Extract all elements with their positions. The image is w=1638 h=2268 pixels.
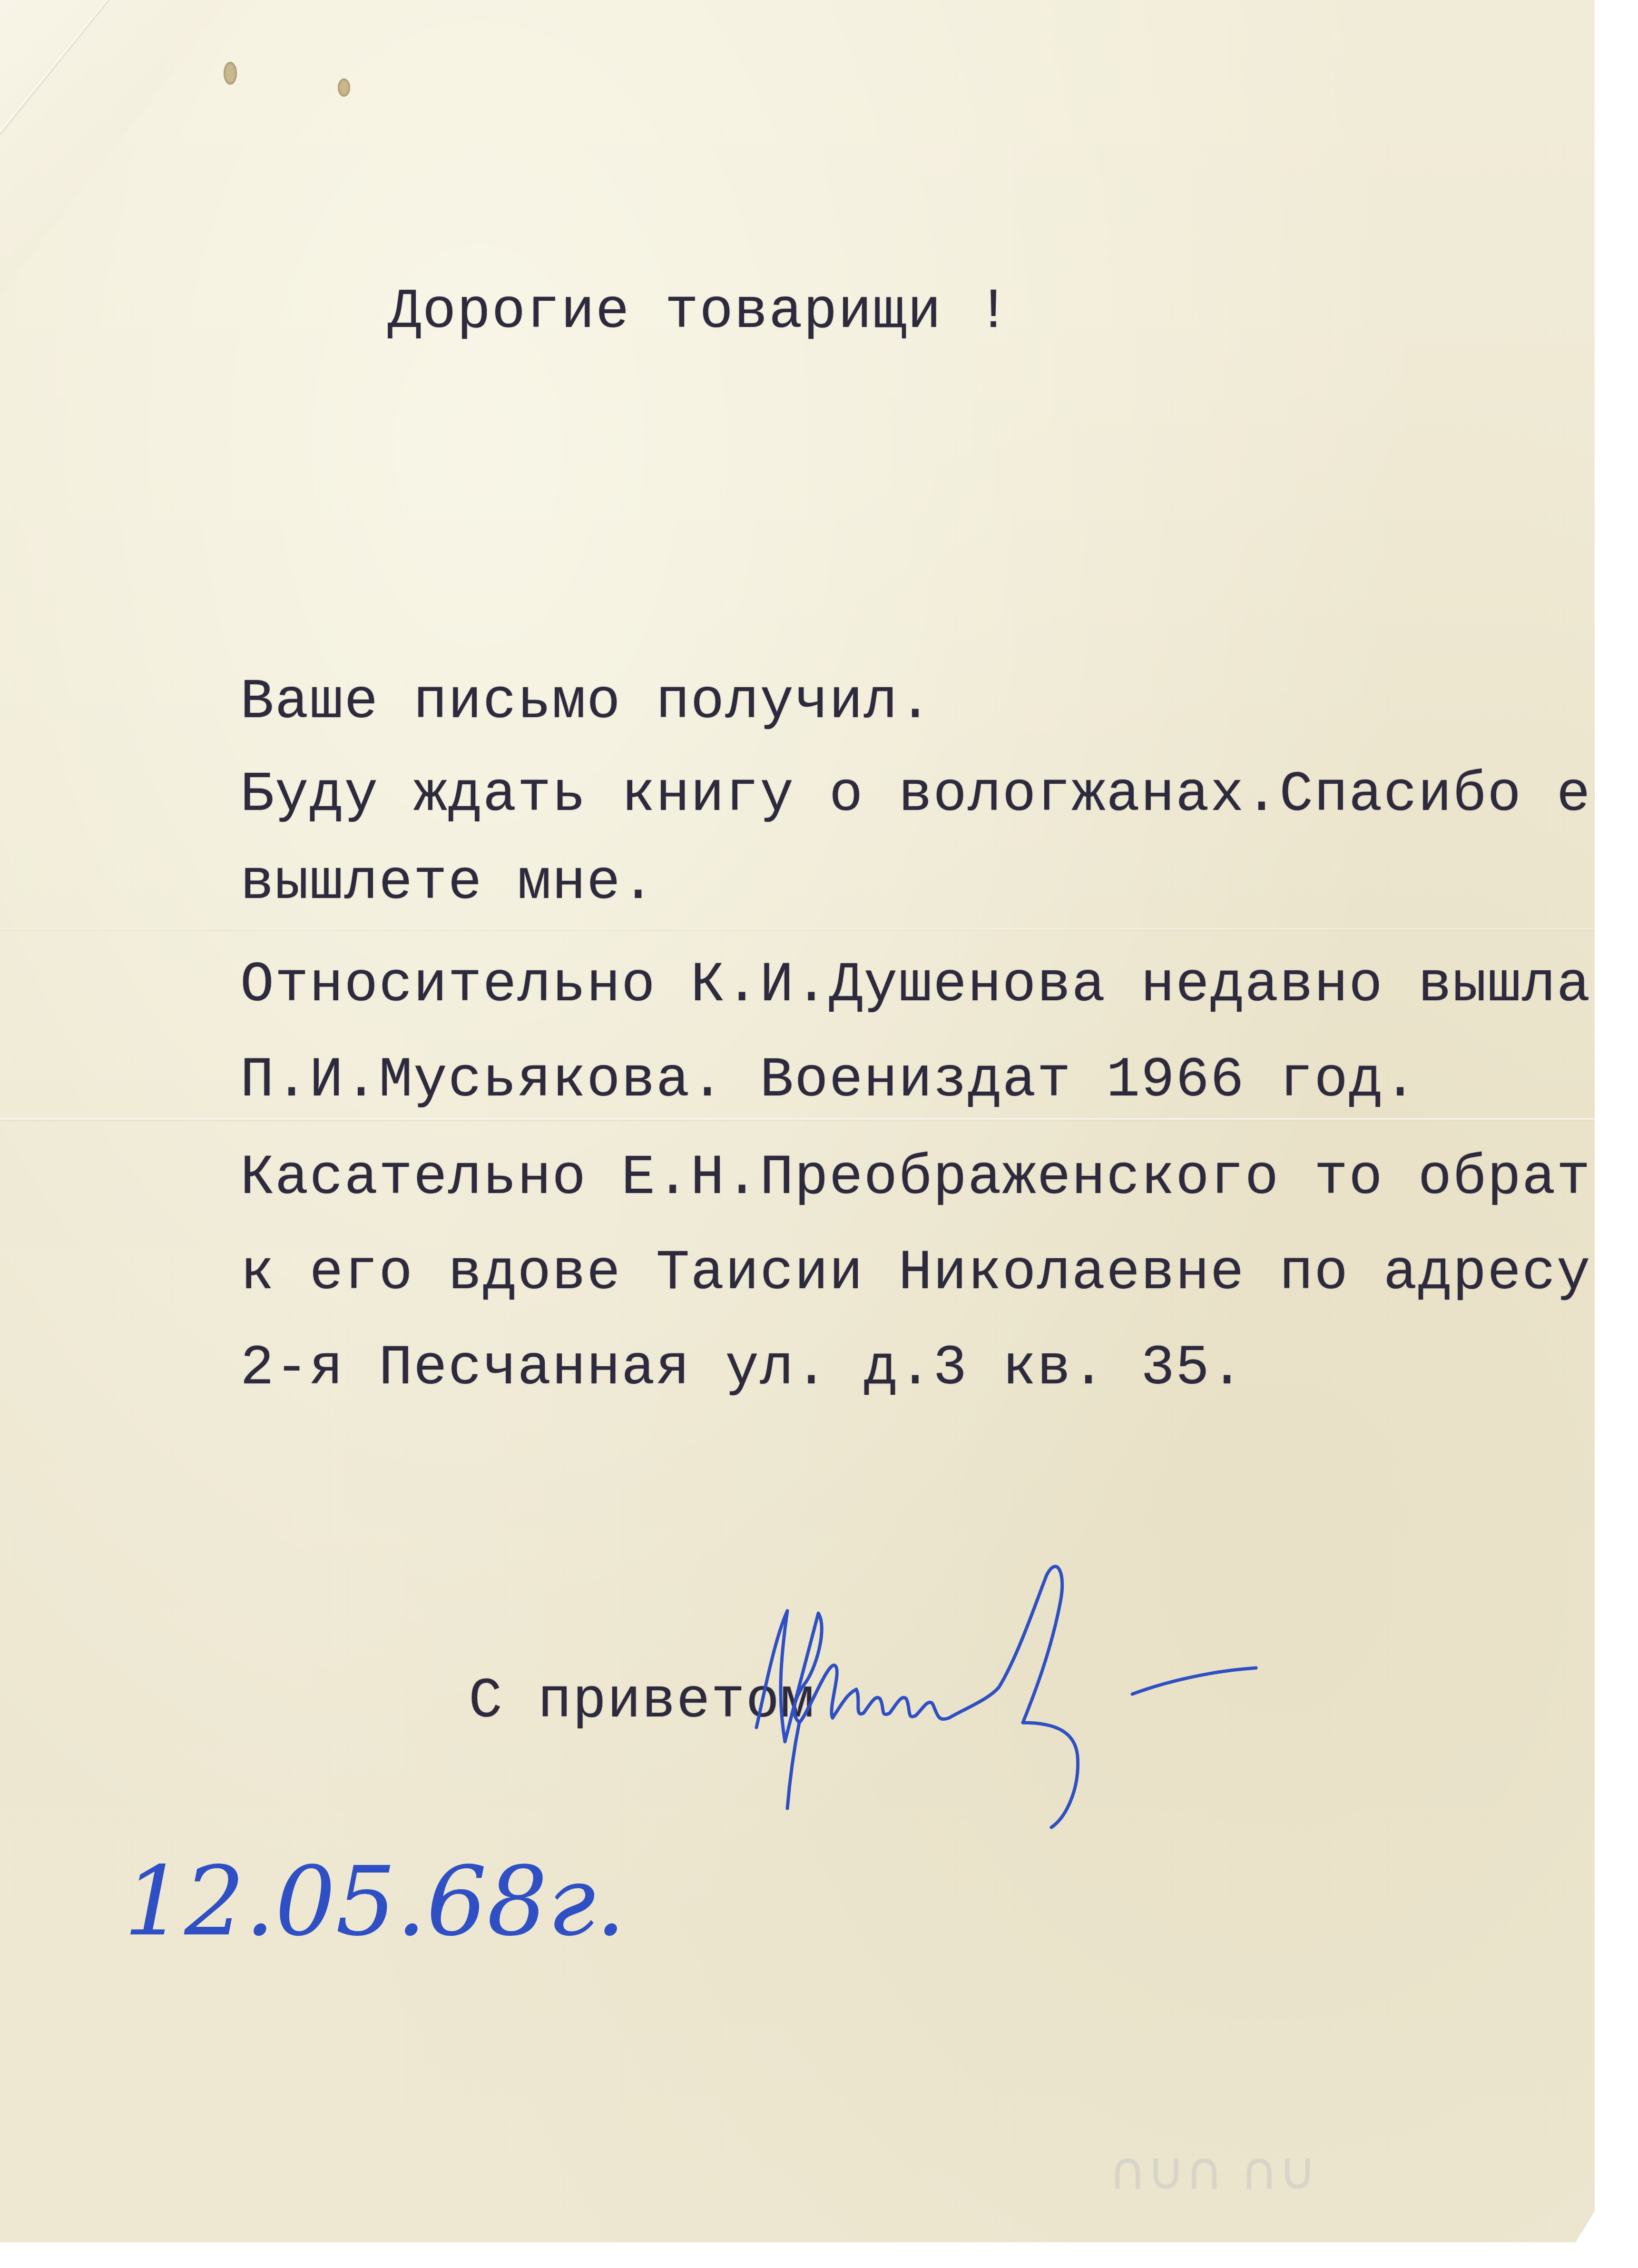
salutation: Дорогие товарищи ! bbox=[388, 281, 1011, 344]
body-line: к его вдове Таисии Николаевне по адресу:… bbox=[240, 1242, 1638, 1305]
bleed-through-marks: ∪∩∪ ∪∩ bbox=[1108, 2146, 1317, 2207]
body-line: Относительно К.И.Душенова недавно вышла … bbox=[240, 954, 1638, 1017]
folded-corner bbox=[0, 0, 228, 295]
body-line: 2-я Песчанная ул. д.3 кв. 35. bbox=[240, 1337, 1245, 1400]
horizontal-fold-crease bbox=[0, 928, 1595, 931]
body-line: Буду ждать книгу о вологжанах.Спасибо ес… bbox=[240, 764, 1638, 827]
body-line: вышлете мне. bbox=[240, 852, 656, 915]
handwritten-date: 12.05.68г. bbox=[124, 1846, 626, 1957]
signature bbox=[733, 1542, 1541, 1827]
letter-paper: Дорогие товарищи ! Ваше письмо получил. … bbox=[0, 0, 1595, 2242]
body-line: П.И.Мусьякова. Воениздат 1966 год. bbox=[240, 1049, 1418, 1113]
horizontal-fold-crease bbox=[0, 1118, 1595, 1121]
body-line: Ваше письмо получил. bbox=[240, 671, 933, 734]
staple-hole bbox=[338, 79, 350, 97]
staple-hole bbox=[224, 62, 237, 85]
body-line: Касательно Е.Н.Преображенского то обрати… bbox=[240, 1147, 1638, 1210]
